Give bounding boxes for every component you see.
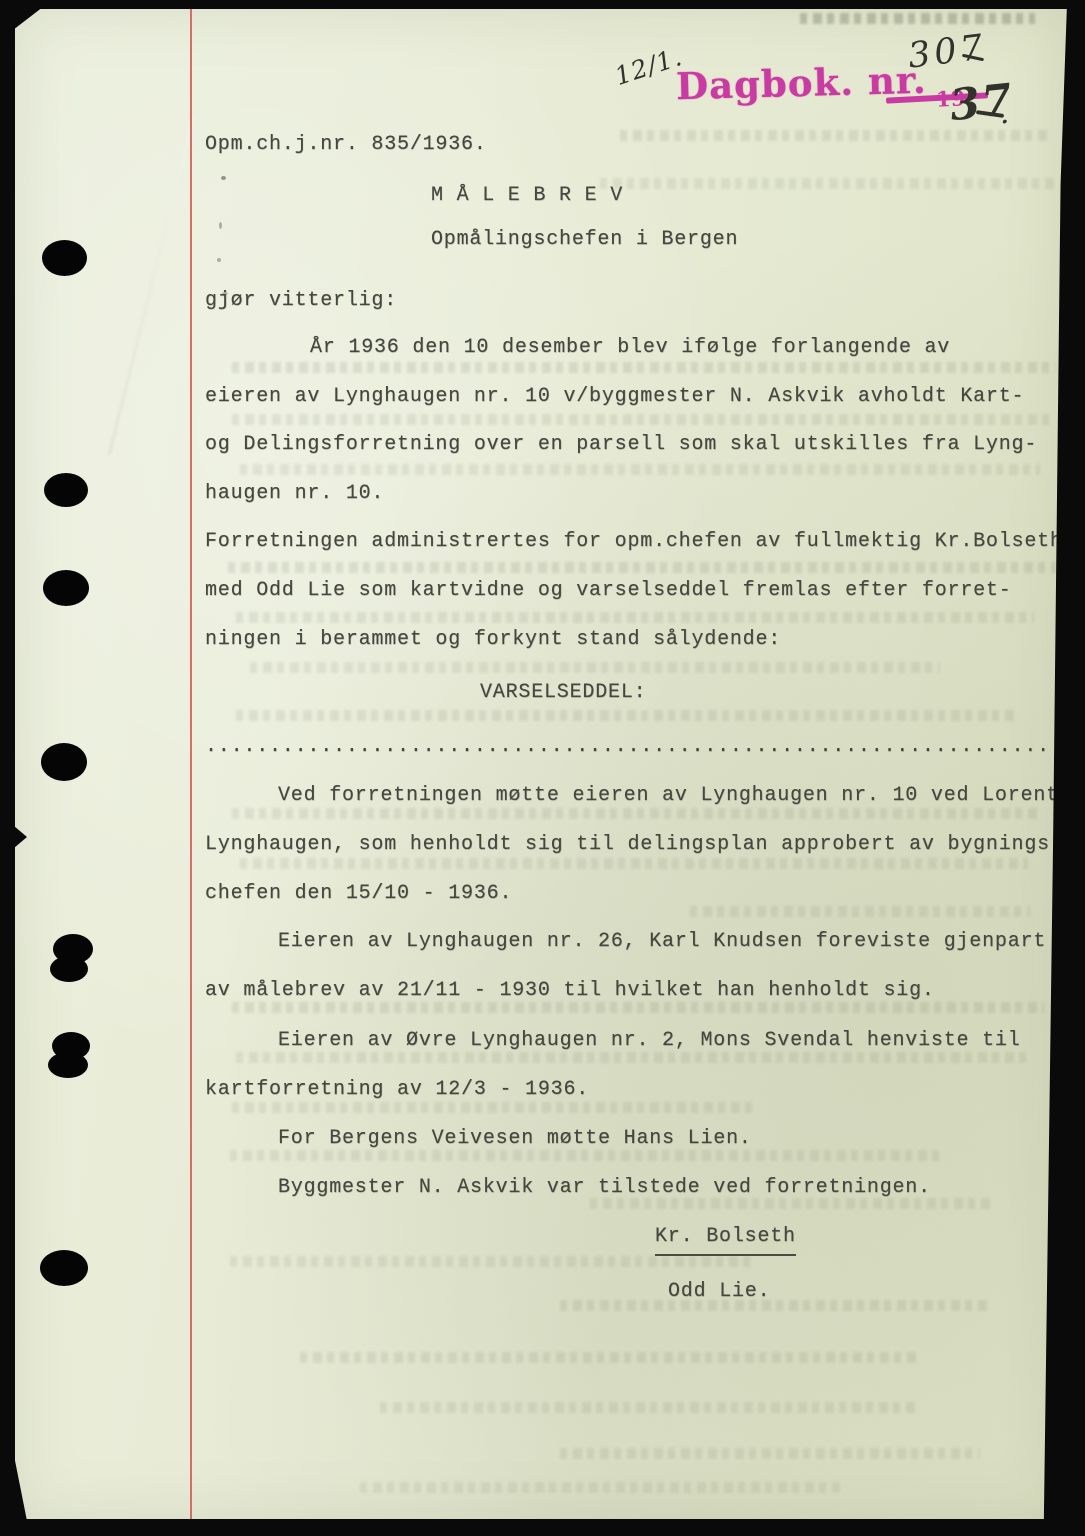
margin-line	[190, 8, 192, 1520]
reference-number: Opm.ch.j.nr. 835/1936.	[205, 133, 487, 157]
bleedthrough-mark	[230, 1150, 940, 1161]
bleedthrough-mark	[300, 1352, 920, 1363]
body-line: Ved forretningen møtte eieren av Lynghau…	[278, 784, 1072, 808]
bleedthrough-mark	[250, 662, 940, 673]
bleedthrough-mark	[380, 1402, 920, 1413]
bleedthrough-mark	[620, 130, 1050, 141]
document-issuer: Opmålingschefen i Bergen	[431, 228, 738, 252]
body-line: og Delingsforretning over en parsell som…	[205, 433, 1037, 457]
punch-hole	[50, 956, 88, 982]
body-line: Eieren av Øvre Lynghaugen nr. 2, Mons Sv…	[278, 1029, 1021, 1053]
scanned-document-page: Opm.ch.j.nr. 835/1936.M Å L E B R E VOpm…	[0, 0, 1085, 1536]
body-line: Byggmester N. Askvik var tilstede ved fo…	[278, 1176, 931, 1200]
pencil-mark	[221, 176, 226, 180]
bleedthrough-mark	[560, 1300, 990, 1311]
bleedthrough-mark	[560, 1448, 980, 1459]
bleedthrough-mark	[228, 562, 1056, 573]
pencil-mark	[219, 222, 222, 229]
body-line: haugen nr. 10.	[205, 482, 384, 506]
punch-hole	[48, 1052, 88, 1078]
body-line: Forretningen administrertes for opm.chef…	[205, 530, 1063, 554]
salutation: gjør vitterlig:	[205, 289, 397, 313]
bleedthrough-mark	[690, 906, 1030, 917]
bleedthrough-mark	[232, 1002, 1044, 1013]
section-heading: VARSELSEDDEL:	[480, 681, 646, 705]
bleedthrough-mark	[230, 1256, 750, 1267]
body-line: eieren av Lynghaugen nr. 10 v/byggmester…	[205, 385, 1024, 409]
signature-surveyor: Kr. Bolseth	[655, 1225, 796, 1256]
body-line: For Bergens Veivesen møtte Hans Lien.	[278, 1127, 752, 1151]
punch-hole	[41, 743, 87, 781]
bleedthrough-mark	[360, 1482, 840, 1493]
signature-witness: Odd Lie.	[668, 1280, 770, 1304]
bleedthrough-mark	[236, 1052, 1026, 1063]
bleedthrough-mark	[236, 612, 1034, 623]
bleedthrough-mark	[232, 414, 1050, 425]
bleedthrough-mark	[240, 464, 1040, 475]
scan-border-left	[0, 0, 15, 1536]
scan-border-bottom	[0, 1519, 1085, 1536]
body-line: Lynghaugen, som henholdt sig til delings…	[205, 833, 1063, 857]
scan-border-top	[0, 0, 1085, 9]
body-line: Eieren av Lynghaugen nr. 26, Karl Knudse…	[278, 930, 1046, 954]
punch-hole	[40, 1250, 88, 1286]
bleedthrough-mark	[240, 858, 1028, 869]
body-line: ningen i berammet og forkynt stand sålyd…	[205, 628, 781, 652]
body-line: med Odd Lie som kartvidne og varselsedde…	[205, 579, 1012, 603]
bleedthrough-mark	[236, 710, 1014, 721]
punch-hole	[44, 473, 88, 507]
document-title: M Å L E B R E V	[431, 184, 623, 208]
punch-hole	[42, 240, 87, 276]
bleedthrough-mark	[600, 178, 1055, 189]
bleedthrough-mark	[232, 362, 1056, 373]
bleedthrough-mark	[232, 808, 1038, 819]
bleedthrough-mark	[232, 1102, 752, 1113]
dotted-line: ........................................…	[205, 735, 1050, 759]
pencil-mark	[217, 258, 221, 262]
body-line: chefen den 15/10 - 1936.	[205, 882, 512, 906]
bleedthrough-mark	[800, 13, 1035, 24]
punch-hole	[43, 570, 89, 606]
body-line: av målebrev av 21/11 - 1930 til hvilket …	[205, 979, 935, 1003]
body-line: År 1936 den 10 desember blev ifølge forl…	[310, 336, 950, 360]
body-line: kartforretning av 12/3 - 1936.	[205, 1078, 589, 1102]
